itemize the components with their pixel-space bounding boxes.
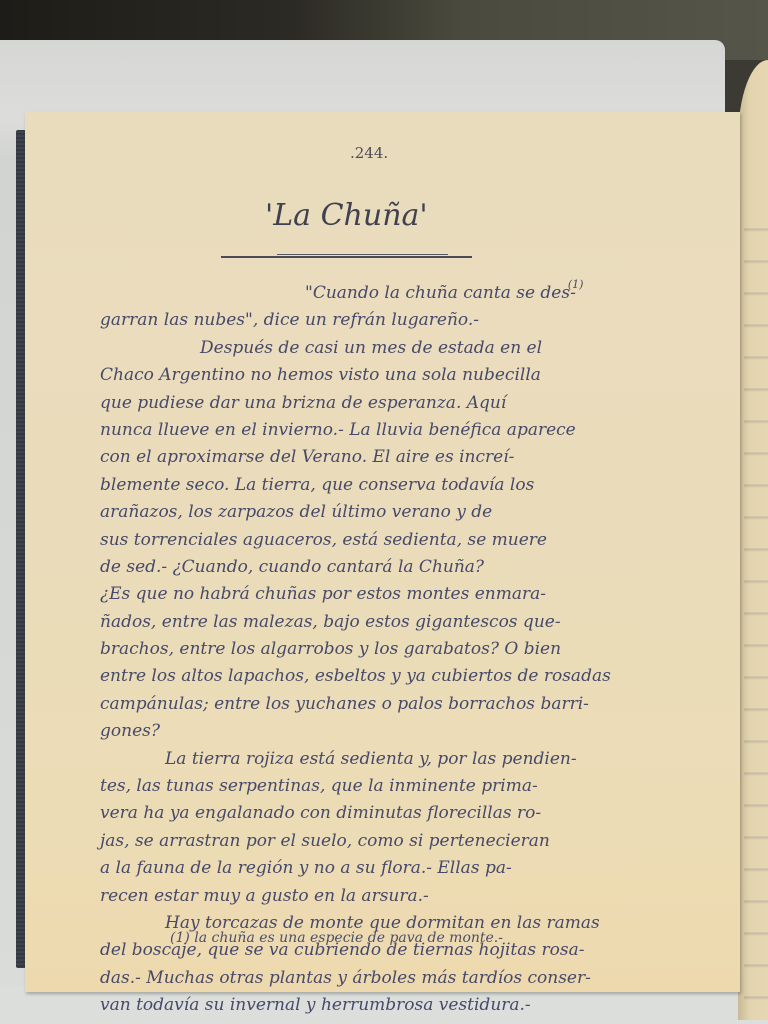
text-line: nunca llueve en el invierno.- La lluvia …	[100, 417, 690, 444]
footnote: (1) la chuña es una especie de pava de m…	[170, 930, 503, 946]
text-line: de sed.- ¿Cuando, cuando cantará la Chuñ…	[100, 554, 690, 581]
text-line: gones?	[100, 718, 690, 745]
text-line: van todavía su invernal y herrumbrosa ve…	[100, 992, 690, 1019]
text-line: das.- Muchas otras plantas y árboles más…	[100, 965, 690, 992]
text-line: vera ha ya engalanado con diminutas flor…	[100, 800, 690, 827]
text-line: arañazos, los zarpazos del último verano…	[100, 499, 690, 526]
text-line: Después de casi un mes de estada en el	[100, 335, 690, 362]
text-line: a la fauna de la región y no a su flora.…	[100, 855, 690, 882]
title-underline-long	[221, 256, 472, 258]
text-line: tes, las tunas serpentinas, que la inmin…	[100, 773, 690, 800]
text-line: ñados, entre las malezas, bajo estos gig…	[100, 609, 690, 636]
title-underline	[277, 254, 448, 255]
text-line: sus torrenciales aguaceros, está sedient…	[100, 527, 690, 554]
handwritten-body: "Cuando la chuña canta se des-(1) garran…	[100, 280, 690, 1020]
text-line: recen estar muy a gusto en la arsura.-	[100, 883, 690, 910]
page-number: .244.	[350, 144, 388, 162]
text-line: campánulas; entre los yuchanes o palos b…	[100, 691, 690, 718]
text-line: garran las nubes", dice un refrán lugare…	[100, 307, 690, 334]
text-line: Chaco Argentino no hemos visto una sola …	[100, 362, 690, 389]
adjacent-page-edge	[738, 60, 768, 1020]
text-line: "Cuando la chuña canta se des-(1)	[100, 280, 690, 307]
text-line: jas, se arrastran por el suelo, como si …	[100, 828, 690, 855]
text-line: entre los altos lapachos, esbeltos y ya …	[100, 663, 690, 690]
text-line: que pudiese dar una brizna de esperanza.…	[100, 390, 690, 417]
text-line: blemente seco. La tierra, que conserva t…	[100, 472, 690, 499]
text-line: La tierra rojiza está sedienta y, por la…	[100, 746, 690, 773]
adjacent-page-handwriting	[744, 210, 768, 1010]
text-line: ¿Es que no habrá chuñas por estos montes…	[100, 581, 690, 608]
page-title: 'La Chuña'	[265, 198, 428, 233]
text-line: con el aproximarse del Verano. El aire e…	[100, 444, 690, 471]
footnote-marker: (1)	[568, 278, 584, 291]
text-line: brachos, entre los algarrobos y los gara…	[100, 636, 690, 663]
